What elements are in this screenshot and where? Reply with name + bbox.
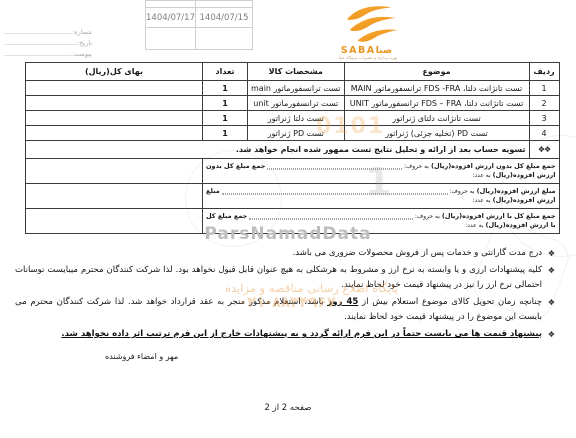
company-logo: SABAصبا بهره برداری و تعمیرات نیروگاه صب… [316,2,420,62]
date-table-empty-cell [196,28,253,50]
ref-number-line [4,33,72,34]
empty-price-cell[interactable] [26,159,203,184]
row-quantity: 1 [203,126,248,141]
row-price-input-cell[interactable] [26,81,203,96]
note-text: پیشنهاد قیمت ها می بایست حتماً در این فر… [61,329,542,339]
vat-amount-cell[interactable]: مبلغ ارزش افزوده(ریال) به حروف: مبلغ ارز… [203,184,560,209]
note-currency: ❖ کلیه پیشنهادات ارزی و یا وابسته به نرخ… [15,263,555,293]
page-number: صفحه 2 از 2 [0,403,576,413]
in-words-label: به حروف: [450,187,475,196]
in-figures-label: به عدد: [465,221,483,230]
row-spec: تست ترانسفورماتور main [248,81,345,96]
logo-tagline: بهره برداری و تعمیرات نیروگاه صبا [321,56,415,61]
items-table-header-row: ردیف موضوع مشخصات کالا تعداد بهای کل(ریا… [26,63,560,81]
total-label: جمع مبلغ کل بدون ارزش افزوده(ریال) [431,162,556,171]
settlement-marker-icon: ❖❖ [529,141,559,159]
seller-signature-label: مهر و امضاء فروشنده [105,352,178,361]
diamond-bullet-icon: ❖ [548,327,555,342]
row-number: 1 [529,81,559,96]
total-with-vat-cell[interactable]: جمع مبلغ کل با ارزش افزوده(ریال) به حروف… [203,209,560,234]
date-value-1: 1404/07/17 [146,8,196,28]
note-text: درج مدت گارانتی و خدمات پس از فروش محصول… [293,248,542,258]
table-row: 4 تست PD (تخلیه جزئی) ژنراتور تست PD ژنر… [26,126,560,141]
table-row: 3 تست تانژانت دلتای ژنراتور تست دلتا ژنر… [26,111,560,126]
fill-in-dots [267,169,402,170]
row-number: 2 [529,96,559,111]
col-header-spec: مشخصات کالا [248,63,345,81]
row-quantity: 1 [203,96,248,111]
row-spec: تست ترانسفورماتور unit [248,96,345,111]
total-label: جمع مبلغ کل با ارزش افزوده(ریال) [442,212,556,221]
vat-amount-row: مبلغ ارزش افزوده(ریال) به حروف: مبلغ ارز… [26,184,560,209]
total-without-vat-row: جمع مبلغ کل بدون ارزش افزوده(ریال) به حر… [26,159,560,184]
in-words-label: به حروف: [415,212,440,221]
total-line-figures: با ارزش افزوده(ریال) به عدد: [206,221,556,230]
items-table: ردیف موضوع مشخصات کالا تعداد بهای کل(ریا… [25,62,560,234]
empty-price-cell[interactable] [26,209,203,234]
ref-attachment-row: پیوست: [2,47,92,58]
total-label-wrap: مبلغ [206,187,220,196]
saba-swirl-icon [335,2,401,46]
col-header-total-price: بهای کل(ریال) [26,63,203,81]
note-text: چنانچه زمان تحویل کالای موضوع استعلام بی… [15,297,542,322]
total-without-vat-cell[interactable]: جمع مبلغ کل بدون ارزش افزوده(ریال) به حر… [203,159,560,184]
settlement-note: تسویه حساب بعد از ارائه و تحلیل نتایج تس… [26,141,530,159]
row-subject: تست PD (تخلیه جزئی) ژنراتور [344,126,529,141]
diamond-bullet-icon: ❖ [548,295,555,310]
row-quantity: 1 [203,111,248,126]
col-header-quantity: تعداد [203,63,248,81]
total-line-figures: ارزش افزوده(ریال) به عدد: [206,196,556,205]
row-subject: تست تانژانت دلتا، FDS -FRA ترانسفورماتور… [344,81,529,96]
total-with-vat-row: جمع مبلغ کل با ارزش افزوده(ریال) به حروف… [26,209,560,234]
terms-notes: ❖ درج مدت گارانتی و خدمات پس از فروش محص… [15,246,555,344]
date-value-2: 1404/07/15 [196,8,253,28]
note-form-only: ❖ پیشنهاد قیمت ها می بایست حتماً در این … [15,327,555,342]
ref-attachment-line [4,55,71,56]
in-figures-label: به عدد: [472,171,490,180]
logo-name-fa: صبا [376,45,393,56]
logo-wordmark: SABAصبا [316,46,420,56]
row-subject: تست تانژانت دلتا، FDS – FRA ترانسفورماتو… [344,96,529,111]
note-warranty: ❖ درج مدت گارانتی و خدمات پس از فروش محص… [15,246,555,261]
ref-attachment-label: پیوست: [71,50,92,58]
ref-date-label: تاریخ: [77,39,92,47]
row-spec: تست دلتا ژنراتور [248,111,345,126]
date-table: 1404/07/17 1404/07/15 [145,0,253,50]
diamond-bullet-icon: ❖ [548,263,555,278]
note-text: کلیه پیشنهادات ارزی و یا وابسته به نرخ ا… [15,265,542,290]
in-words-label: به حروف: [404,162,429,171]
empty-price-cell[interactable] [26,184,203,209]
row-spec: تست PD ژنراتور [248,126,345,141]
row-price-input-cell[interactable] [26,111,203,126]
in-figures-label: به عدد: [472,196,490,205]
total-line-words: مبلغ ارزش افزوده(ریال) به حروف: مبلغ [206,187,556,196]
row-number: 3 [529,111,559,126]
total-label-wrap: جمع مبلغ کل بدون [206,162,265,171]
settlement-row: ❖❖ تسویه حساب بعد از ارائه و تحلیل نتایج… [26,141,560,159]
total-label: با ارزش افزوده(ریال) [485,221,555,230]
total-line-words: جمع مبلغ کل با ارزش افزوده(ریال) به حروف… [206,212,556,221]
fill-in-dots [249,219,413,220]
diamond-bullet-icon: ❖ [548,246,555,261]
total-label-wrap: جمع مبلغ کل [206,212,247,221]
note-text-emphasis: 45 روز [327,297,358,307]
date-table-header-cell [146,1,196,8]
ref-number-row: شماره: [2,25,92,36]
total-line-words: جمع مبلغ کل بدون ارزش افزوده(ریال) به حر… [206,162,556,171]
reference-block: شماره: تاریخ: پیوست: [2,25,92,58]
note-text-pre: چنانچه زمان تحویل کالای موضوع استعلام بی… [358,297,542,307]
col-header-row-number: ردیف [529,63,559,81]
date-table-empty-cell [146,28,196,50]
ref-date-line [4,44,77,45]
row-price-input-cell[interactable] [26,126,203,141]
row-quantity: 1 [203,81,248,96]
total-line-figures: ارزش افزوده(ریال) به عدد: [206,171,556,180]
total-label: مبلغ ارزش افزوده(ریال) [477,187,556,196]
fill-in-dots [222,194,448,195]
logo-name-en: SABA [341,45,376,56]
date-table-header-cell [196,1,253,8]
total-label: ارزش افزوده(ریال) [493,171,556,180]
row-number: 4 [529,126,559,141]
note-delivery: ❖ چنانچه زمان تحویل کالای موضوع استعلام … [15,295,555,325]
row-price-input-cell[interactable] [26,96,203,111]
total-label: ارزش افزوده(ریال) [493,196,556,205]
table-row: 2 تست تانژانت دلتا، FDS – FRA ترانسفورما… [26,96,560,111]
ref-date-row: تاریخ: [2,36,92,47]
row-subject: تست تانژانت دلتای ژنراتور [344,111,529,126]
ref-number-label: شماره: [72,28,92,36]
col-header-subject: موضوع [344,63,529,81]
table-row: 1 تست تانژانت دلتا، FDS -FRA ترانسفورمات… [26,81,560,96]
